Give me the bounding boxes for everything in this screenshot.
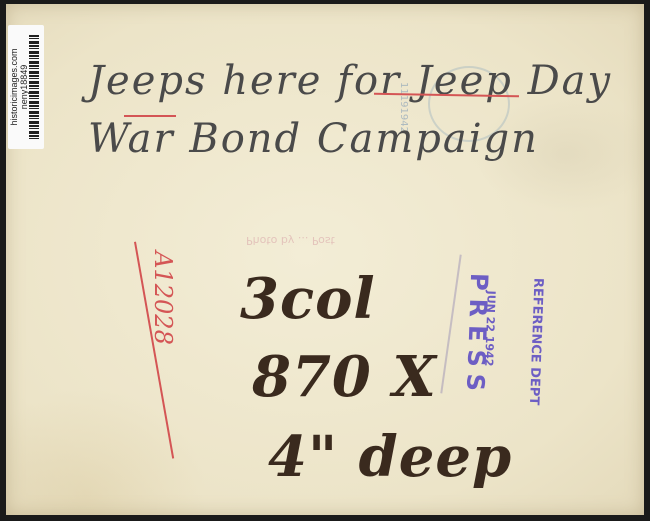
ink-note-columns: 3col <box>240 266 376 332</box>
barcode-text: historicimages.com neny18849 <box>9 48 29 125</box>
caption-line-2: War Bond Campaign <box>88 116 539 162</box>
photo-back: historicimages.com neny18849 11191942 Je… <box>6 4 644 515</box>
barcode-icon <box>29 35 39 139</box>
date-stamp: JUN 22 1942 <box>482 290 498 366</box>
barcode-id: neny18849 <box>19 48 29 125</box>
reference-dept-stamp: REFERENCE DEPT <box>526 278 545 406</box>
faint-credit-stamp: Photo by ... Post <box>246 234 335 247</box>
barcode-site: historicimages.com <box>9 48 19 125</box>
red-file-number: A12028 <box>149 251 177 345</box>
ink-note-size: 870 X <box>252 344 437 410</box>
ink-note-depth: 4" deep <box>268 424 512 490</box>
stamp-bracket-line <box>440 255 461 394</box>
barcode-label: historicimages.com neny18849 <box>8 25 44 149</box>
caption-line-1: Jeeps here for Jeep Day <box>88 58 612 104</box>
